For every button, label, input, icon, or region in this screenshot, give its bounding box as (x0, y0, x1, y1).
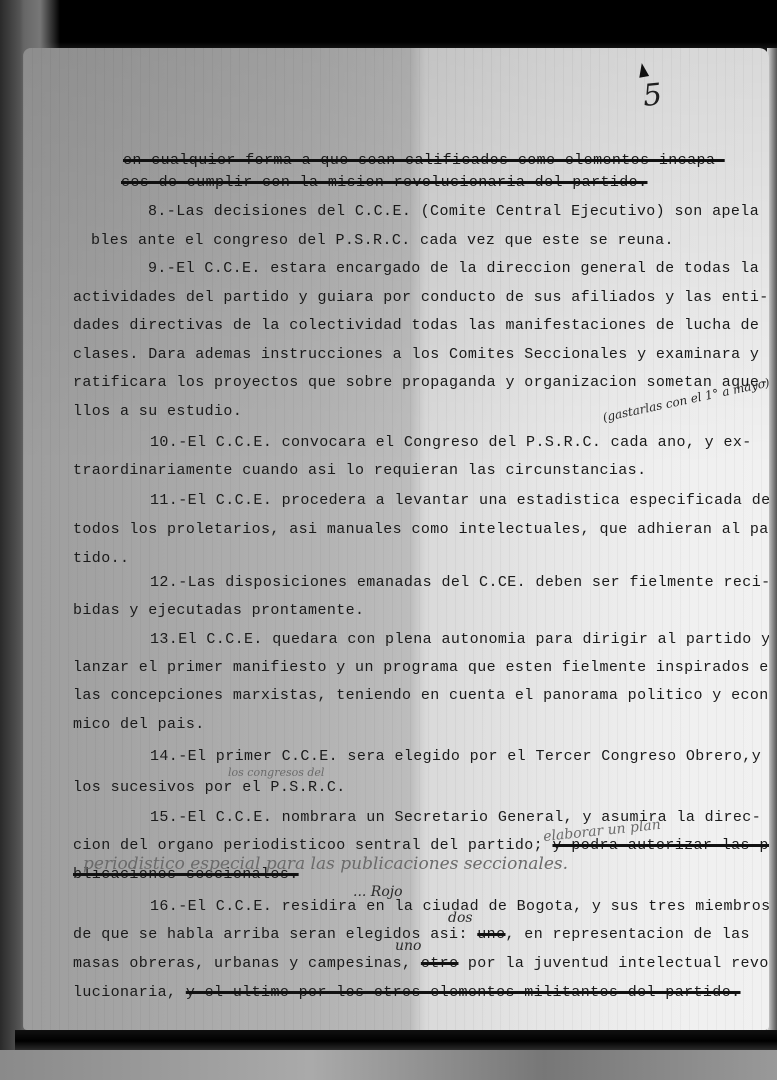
handwritten-note-congresos: los congresos del (228, 766, 324, 779)
paragraph-10-line-1: 10.-El C.C.E. convocara el Congreso del … (150, 434, 752, 452)
paragraph-13-line-4: mico del pais. (73, 716, 205, 734)
paragraph-9-line-2: actividades del partido y guiara por con… (73, 289, 769, 307)
handwritten-note-periodistico: periodistico especial para las publicaci… (83, 854, 568, 874)
paragraph-14-line-1: 14.-El primer C.C.E. sera elegido por el… (150, 748, 761, 766)
paragraph-11-line-2: todos los proletarios, asi manuales como… (73, 521, 769, 539)
paragraph-14-line-2: los sucesivos por el P.S.R.C. (73, 779, 346, 797)
paragraph-13-line-2: lanzar el primer manifiesto y un program… (73, 659, 769, 677)
paragraph-11-line-3: tido.. (73, 550, 129, 568)
text-line: en cualquier forma a que sean calificado… (123, 152, 725, 170)
paragraph-9-line-3: dades directivas de la colectividad toda… (73, 317, 759, 335)
paragraph-12-line-1: 12.-Las disposiciones emanadas del C.CE.… (150, 574, 769, 592)
paragraph-15-line-1: 15.-El C.C.E. nombrara un Secretario Gen… (150, 809, 761, 827)
ink-mark-icon (637, 62, 649, 78)
paragraph-9-line-6: llos a su estudio. (73, 403, 242, 421)
scan-bottom-shadow (15, 1030, 777, 1052)
paragraph-9-line-4: clases. Dara ademas instrucciones a los … (73, 346, 759, 364)
paragraph-16-line-4: lucionaria, y el ultimo por los otros el… (73, 984, 741, 1002)
paragraph-11-line-1: 11.-El C.C.E. procedera a levantar una e… (150, 492, 769, 510)
paragraph-13-line-3: las concepciones marxistas, teniendo en … (73, 687, 769, 705)
paragraph-12-line-2: bidas y ejecutadas prontamente. (73, 602, 364, 620)
paragraph-8-line-1: 8.-Las decisiones del C.C.E. (Comite Cen… (148, 203, 759, 221)
handwritten-note-uno: uno (395, 938, 421, 954)
paragraph-16-line-3: masas obreras, urbanas y campesinas, otr… (73, 955, 769, 973)
paragraph-13-line-1: 13.El C.C.E. quedara con plena autonomia… (150, 631, 769, 649)
handwritten-note-dos: dos (448, 910, 473, 926)
document-page: 5 en cualquier forma a que sean califica… (23, 48, 769, 1030)
paragraph-10-line-2: traordinariamente cuando asi lo requiera… (73, 462, 647, 480)
paragraph-8-line-2: bles ante el congreso del P.S.R.C. cada … (91, 232, 674, 250)
page-number: 5 (641, 77, 664, 114)
paragraph-9-line-1: 9.-El C.C.E. estara encargado de la dire… (148, 260, 759, 278)
paragraph-15-line-2: cion del organo periodisticoo sentral de… (73, 837, 769, 855)
handwritten-note-rojo: ... Rojo (353, 884, 403, 900)
text-line: ces de cumplir con la mision revoluciona… (121, 174, 647, 192)
scan-bottom-strip (0, 1050, 777, 1080)
paragraph-9-line-5: ratificara los proyectos que sobre propa… (73, 374, 769, 392)
